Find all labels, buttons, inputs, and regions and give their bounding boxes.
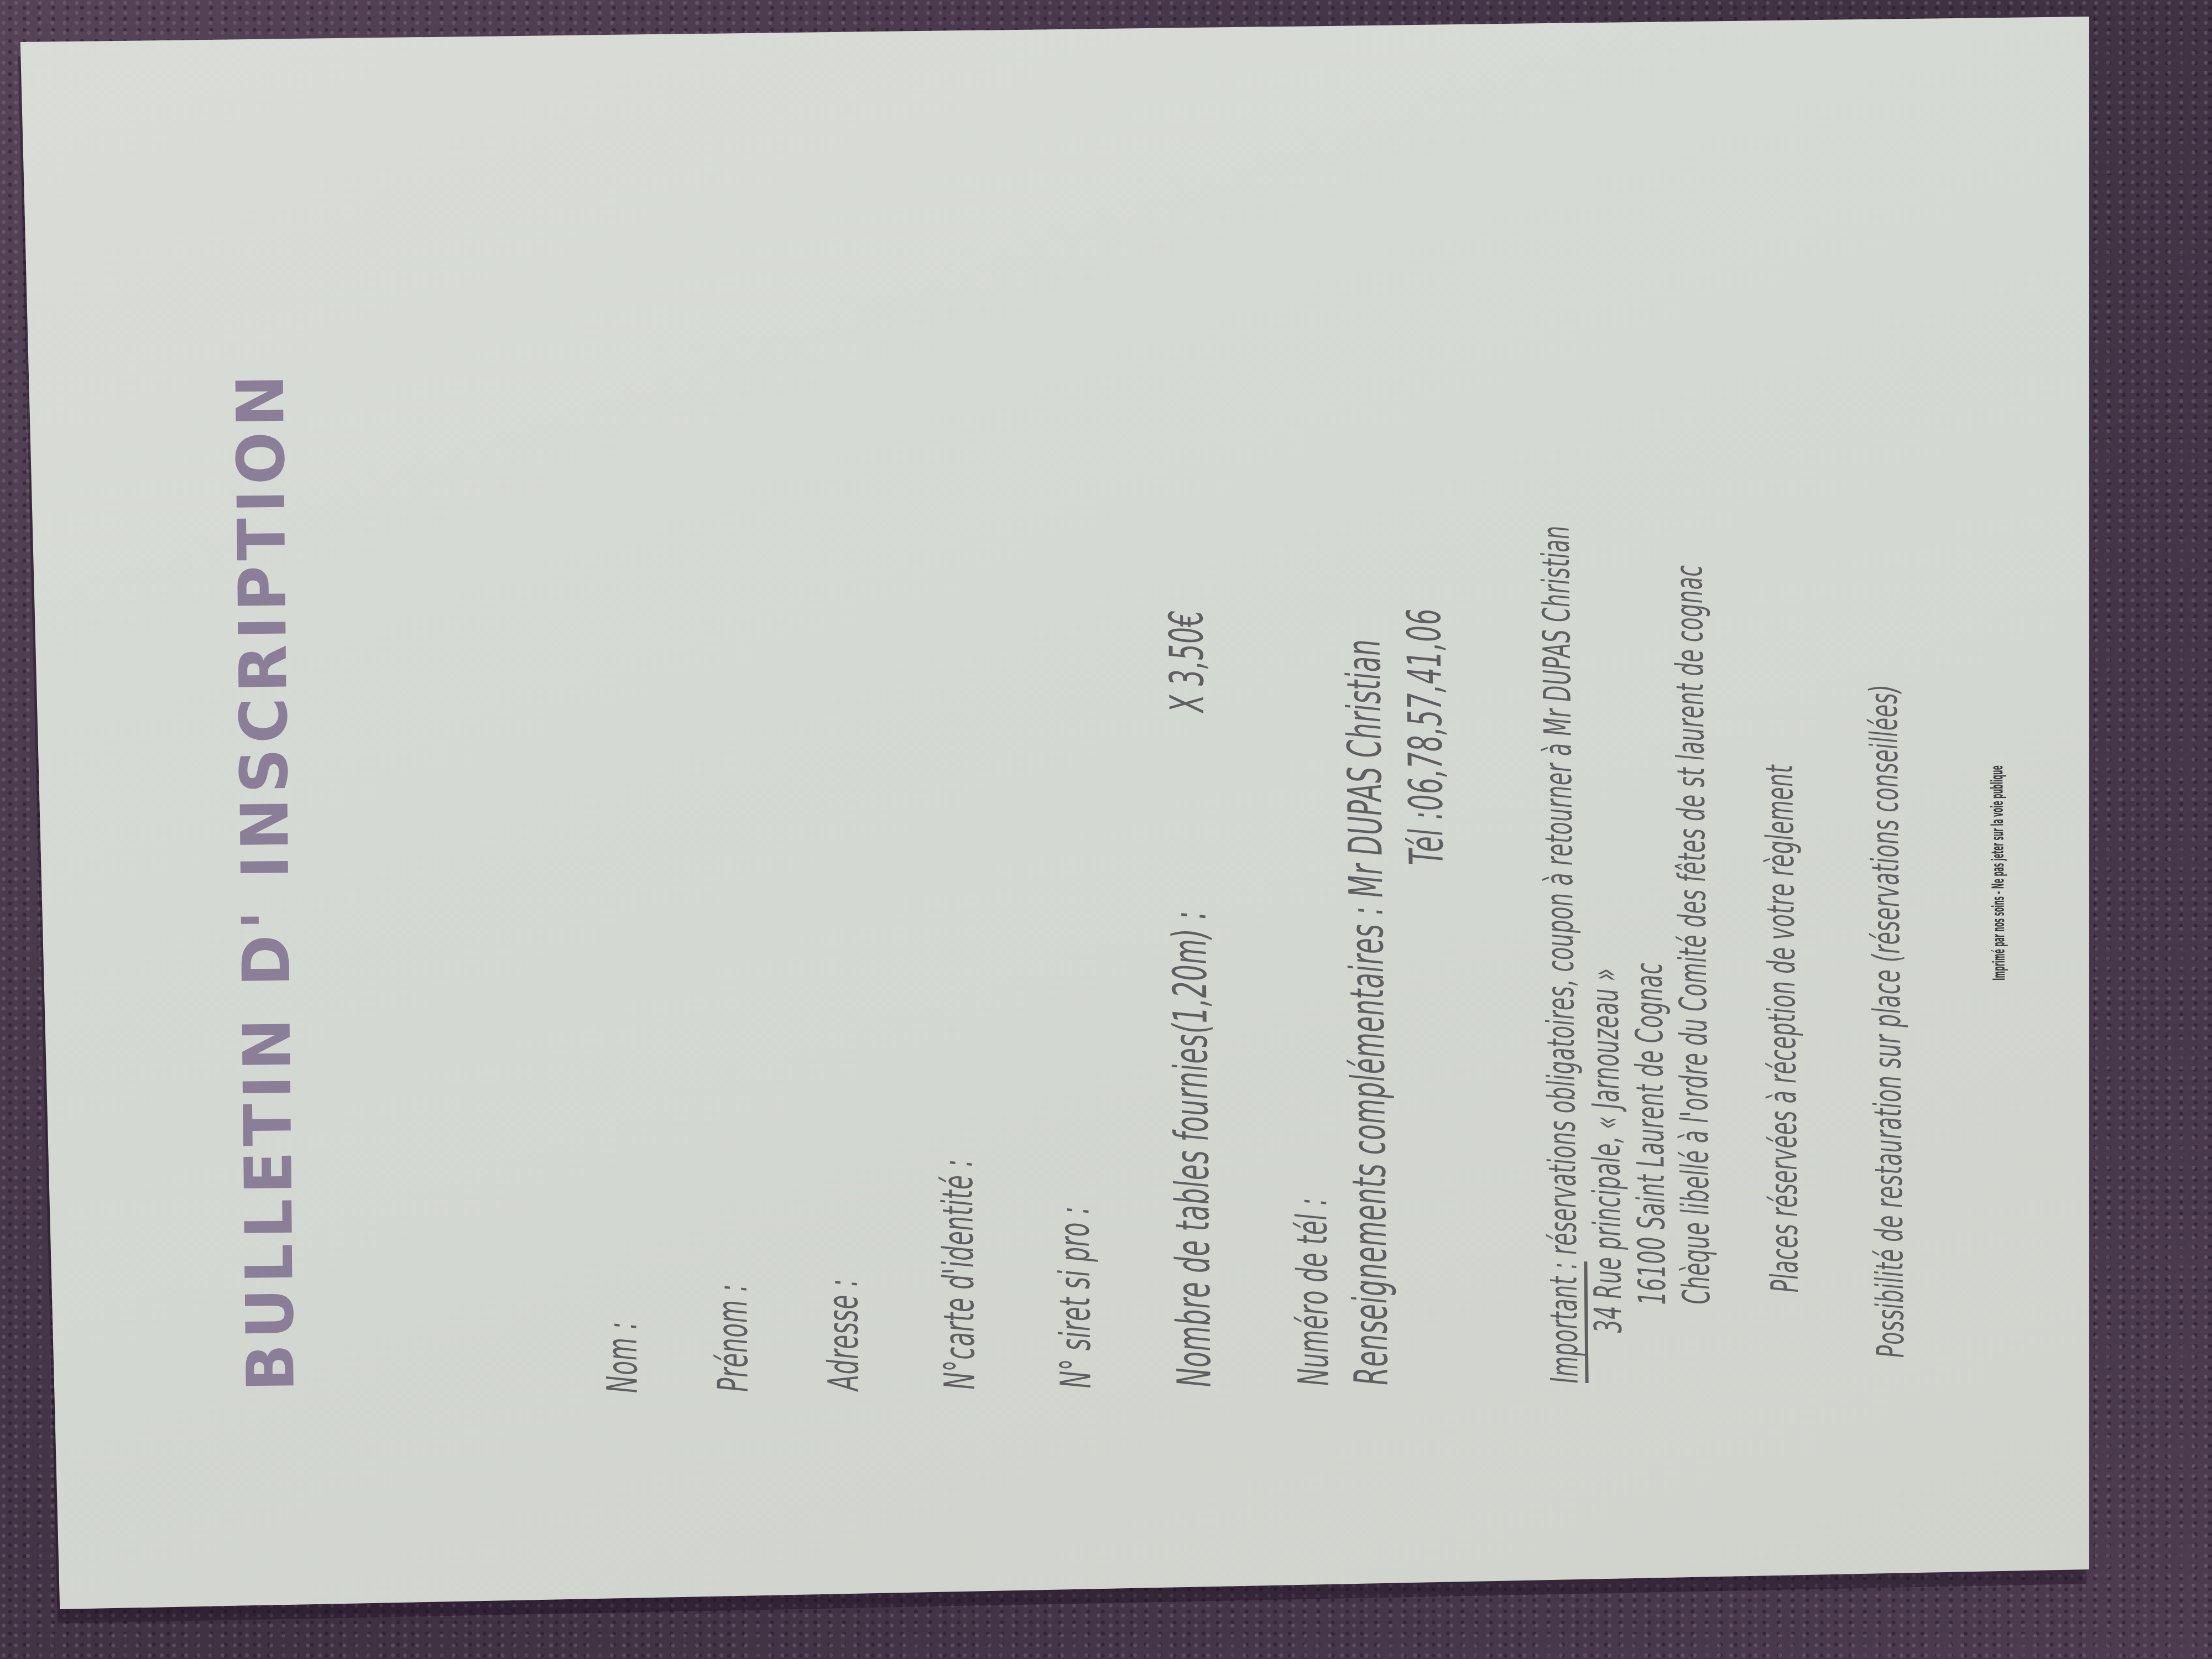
field-adresse: Adresse : xyxy=(818,1279,868,1391)
info-contact: Mr DUPAS Christian xyxy=(1337,639,1394,898)
important-address-1: 34 Rue principale, « Jarnouzeau » xyxy=(1583,968,1631,1333)
form-title: BULLETIN D' INSCRIPTION xyxy=(222,369,309,1391)
info-label: Renseignements complémentaires : Mr DUPA… xyxy=(1337,639,1399,1385)
field-nom: Nom : xyxy=(597,1321,646,1394)
field-siret: N° siret si pro : xyxy=(1049,1206,1100,1389)
important-line: Important : réservations obligatoires, c… xyxy=(1534,525,1587,1384)
important-text: réservations obligatoires, coupon à reto… xyxy=(1534,525,1585,1255)
important-address-2: 16100 Saint Laurent de Cognac xyxy=(1627,962,1674,1305)
field-telephone: Numéro de tél : xyxy=(1287,1197,1338,1386)
registration-form: BULLETIN D' INSCRIPTION Nom : Prénom : A… xyxy=(75,39,2137,1609)
note-places: Places réservées à réception de votre rè… xyxy=(1758,764,1807,1292)
info-phone: Tél :06,78,57,41,06 xyxy=(1397,608,1454,865)
important-cheque: Chèque libellé à l'ordre du Comité des f… xyxy=(1667,565,1719,1305)
important-label: Important : xyxy=(1542,1261,1587,1383)
field-tables: Nombre de tables fournies(1,20m) : xyxy=(1162,910,1222,1387)
tables-price: X 3,50€ xyxy=(1159,610,1214,713)
field-prenom: Prénom : xyxy=(707,1284,758,1392)
field-carte-identite: N°carte d'identité : xyxy=(932,1159,984,1390)
footer-print-note: Imprimé par nos soins - Ne pas jeter sur… xyxy=(1987,765,2009,980)
info-label-text: Renseignements complémentaires : xyxy=(1339,906,1399,1385)
note-restauration: Possibilité de restauration sur place (r… xyxy=(1862,684,1913,1358)
